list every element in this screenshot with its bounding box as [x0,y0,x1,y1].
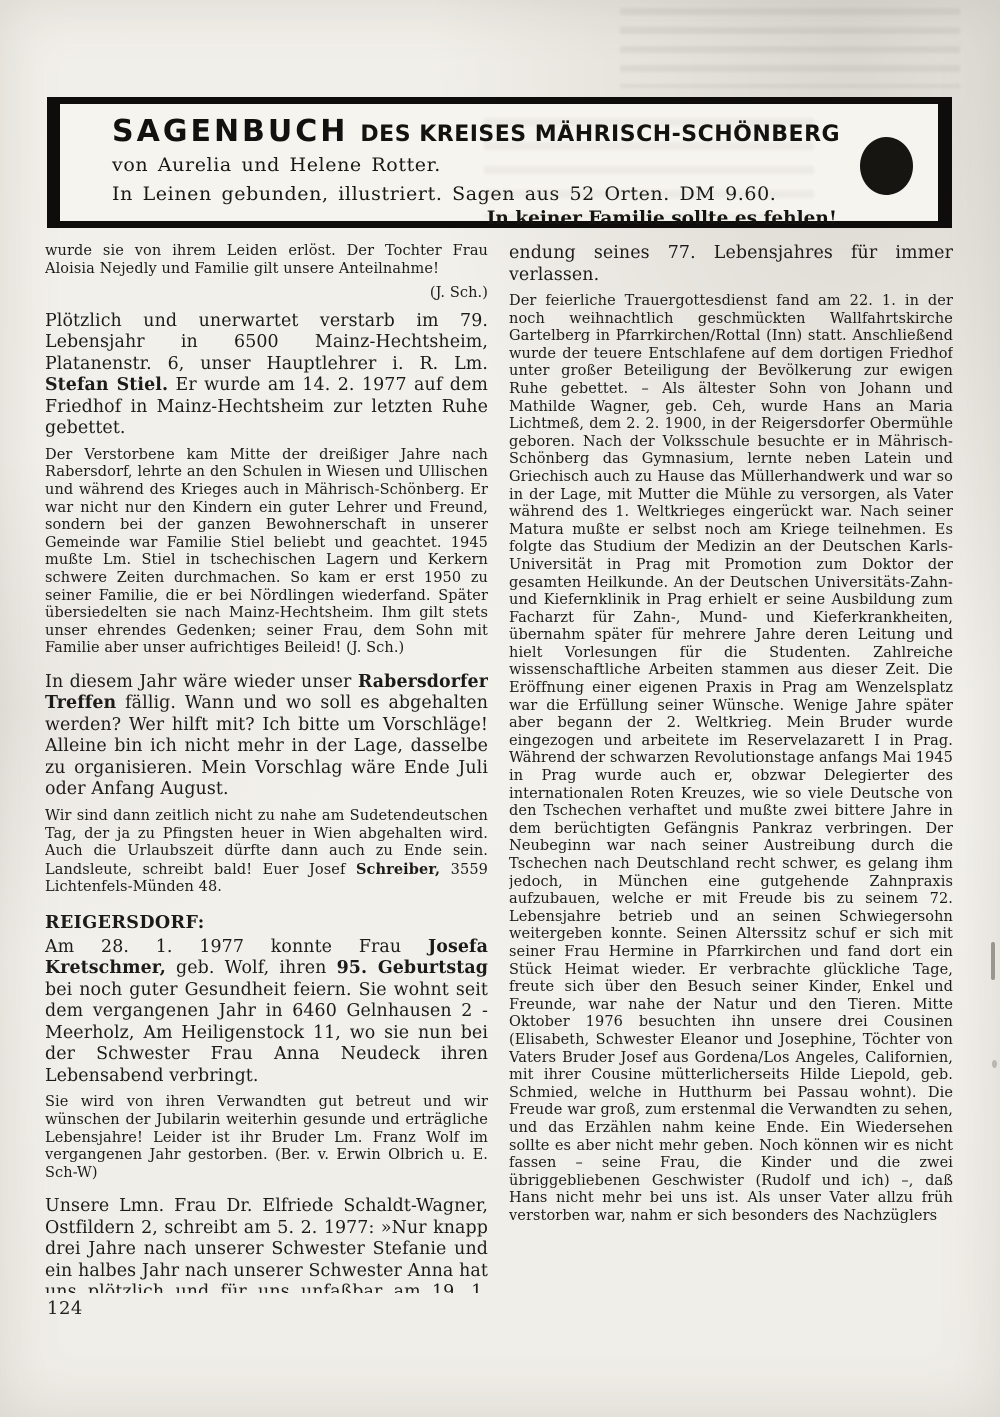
text-run: geb. Wolf, ihren [166,958,337,978]
left-column: wurde sie von ihrem Leiden erlöst. Der T… [45,243,488,1293]
paragraph-treffen-announcement: In diesem Jahr wäre wieder unser Rabersd… [45,672,488,801]
black-oval-mark [860,137,913,195]
text-run: Am 28. 1. 1977 konnte Frau [45,937,428,957]
text-run: bei noch guter Gesundheit feiern. Sie wo… [45,980,488,1086]
text-run: In diesem Jahr wäre wieder unser [45,672,358,692]
ad-author-line: von Aurelia und Helene Rotter. [112,154,945,176]
ad-title-main: SAGENBUCH [112,114,348,149]
text-run: REIGERSDORF: [45,913,205,933]
paragraph-wagner-obituary: Der feierliche Trauergottesdienst fand a… [509,293,953,1225]
paragraph-kretschmer-wishes: Sie wird von ihren Verwandten gut betreu… [45,1094,488,1182]
text-run: Der Verstorbene kam Mitte der dreißiger … [45,447,488,657]
paragraph-wagner-letter: Unsere Lmn. Frau Dr. Elfriede Schaldt-Wa… [45,1196,488,1293]
ad-slogan-line: In keiner Familie sollte es fehlen! [112,208,945,229]
page-number: 124 [47,1298,83,1319]
ad-details-line: In Leinen gebunden, illustriert. Sagen a… [112,183,945,205]
scan-edge-mark [991,942,995,980]
text-run: (J. Sch.) [430,285,488,301]
scanned-page: SAGENBUCHDES KREISES MÄHRISCH-SCHÖNBERG … [0,0,1000,1417]
text-run: Stefan Stiel. [45,375,168,395]
text-run: Der feierliche Trauergottesdienst fand a… [509,293,953,1224]
paragraph-obituary-stiel: Plötzlich und unerwartet verstarb im 79.… [45,311,488,440]
paragraph-wagner-letter-continued: endung seines 77. Lebensjahres für immer… [509,243,953,286]
text-run: Unsere Lmn. Frau Dr. Elfriede Schaldt-Wa… [45,1196,488,1293]
ad-title: SAGENBUCHDES KREISES MÄHRISCH-SCHÖNBERG [112,114,945,149]
book-ad-box: SAGENBUCHDES KREISES MÄHRISCH-SCHÖNBERG … [47,97,952,228]
bleed-through-artifact [620,8,960,88]
right-column: endung seines 77. Lebensjahres für immer… [509,243,953,1293]
section-heading-reigersdorf: REIGERSDORF: [45,913,488,933]
text-run: endung seines 77. Lebensjahres für immer… [509,243,953,285]
ad-title-subtitle: DES KREISES MÄHRISCH-SCHÖNBERG [360,122,840,147]
paragraph-stiel-biography: Der Verstorbene kam Mitte der dreißiger … [45,447,488,658]
text-run: wurde sie von ihrem Leiden erlöst. Der T… [45,243,488,277]
text-run: 95. Geburtstag [337,958,488,978]
attribution-line: (J. Sch.) [45,285,488,303]
paragraph-condolence: wurde sie von ihrem Leiden erlöst. Der T… [45,243,488,278]
text-run: Sie wird von ihren Verwandten gut betreu… [45,1094,488,1180]
scan-edge-dot [992,1060,997,1068]
paragraph-treffen-details: Wir sind dann zeitlich nicht zu nahe am … [45,808,488,897]
paragraph-birthday-kretschmer: Am 28. 1. 1977 konnte Frau Josefa Kretsc… [45,937,488,1088]
text-run: Plötzlich und unerwartet verstarb im 79.… [45,311,488,374]
text-run: Schreiber, [356,861,440,878]
